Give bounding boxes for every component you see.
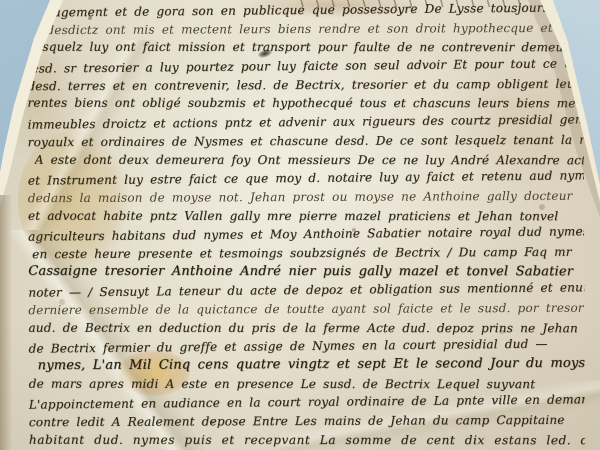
manuscript-line: lesd. sr tresorier a luy pourtez pour lu… [27, 55, 583, 76]
manuscript-line: de mars apres midi A este en presence Le… [29, 376, 585, 392]
manuscript-line: et advocat habite pntz Vallen gally mre … [28, 207, 584, 223]
manuscript-line: de Bectrix fermier du greffe et assige d… [28, 336, 584, 357]
manuscript-line: en ceste heure presente et tesmoings sou… [32, 244, 584, 262]
manuscript-line: L'appoinctement en audiance en la court … [29, 392, 585, 413]
manuscript-line: rentes biens ont obligé soubzmis et hypo… [27, 95, 583, 111]
manuscript-line: desd. terres et en contrevenir, lesd. de… [27, 76, 583, 94]
manuscript-photo: ez Jugement et de gora son en publicque … [0, 0, 600, 450]
manuscript-line: A este dont deux demeurera foy Ont messi… [35, 151, 584, 167]
manuscript-line: contre ledit A Realement depose Entre Le… [29, 412, 585, 430]
left-edge-shadow [0, 195, 12, 450]
manuscript-line: royaulx et ordinaires de Nysmes et chasc… [28, 132, 584, 150]
manuscript-line: habitant dud. nymes puis et recepvant La… [29, 432, 585, 448]
manuscript-line: Cassaigne tresorier Anthoine André nier … [28, 263, 584, 279]
manuscript-line: ez Jugement et de gora son en publicque … [27, 0, 583, 21]
manuscript-line: aud. de Bectrix en deduction du pris de … [28, 319, 584, 335]
manuscript-line: noter — / Sensuyt La teneur du acte de d… [28, 280, 584, 301]
manuscript-line: immeubles droictz et actions pntz et adv… [27, 111, 583, 132]
manuscript-line: desquelz luy ont faict mission et transp… [27, 39, 583, 55]
manuscript-line: agriculteurs habitans dud nymes et Moy A… [28, 224, 584, 245]
manuscript-line: et Instrument luy estre faict ce que moy… [28, 168, 584, 189]
manuscript-line: et desdictz ont mis et mectent leurs bie… [27, 19, 583, 37]
manuscript-line: derniere ensemble de la quictance de tou… [28, 300, 584, 318]
manuscript-text: ez Jugement et de gora son en publicque … [27, 1, 585, 449]
manuscript-line: nymes, L'an Mil Cinq cens quatre vingtz … [38, 356, 585, 374]
manuscript-line: dedans la maison de moyse not. Jehan pro… [28, 188, 584, 206]
